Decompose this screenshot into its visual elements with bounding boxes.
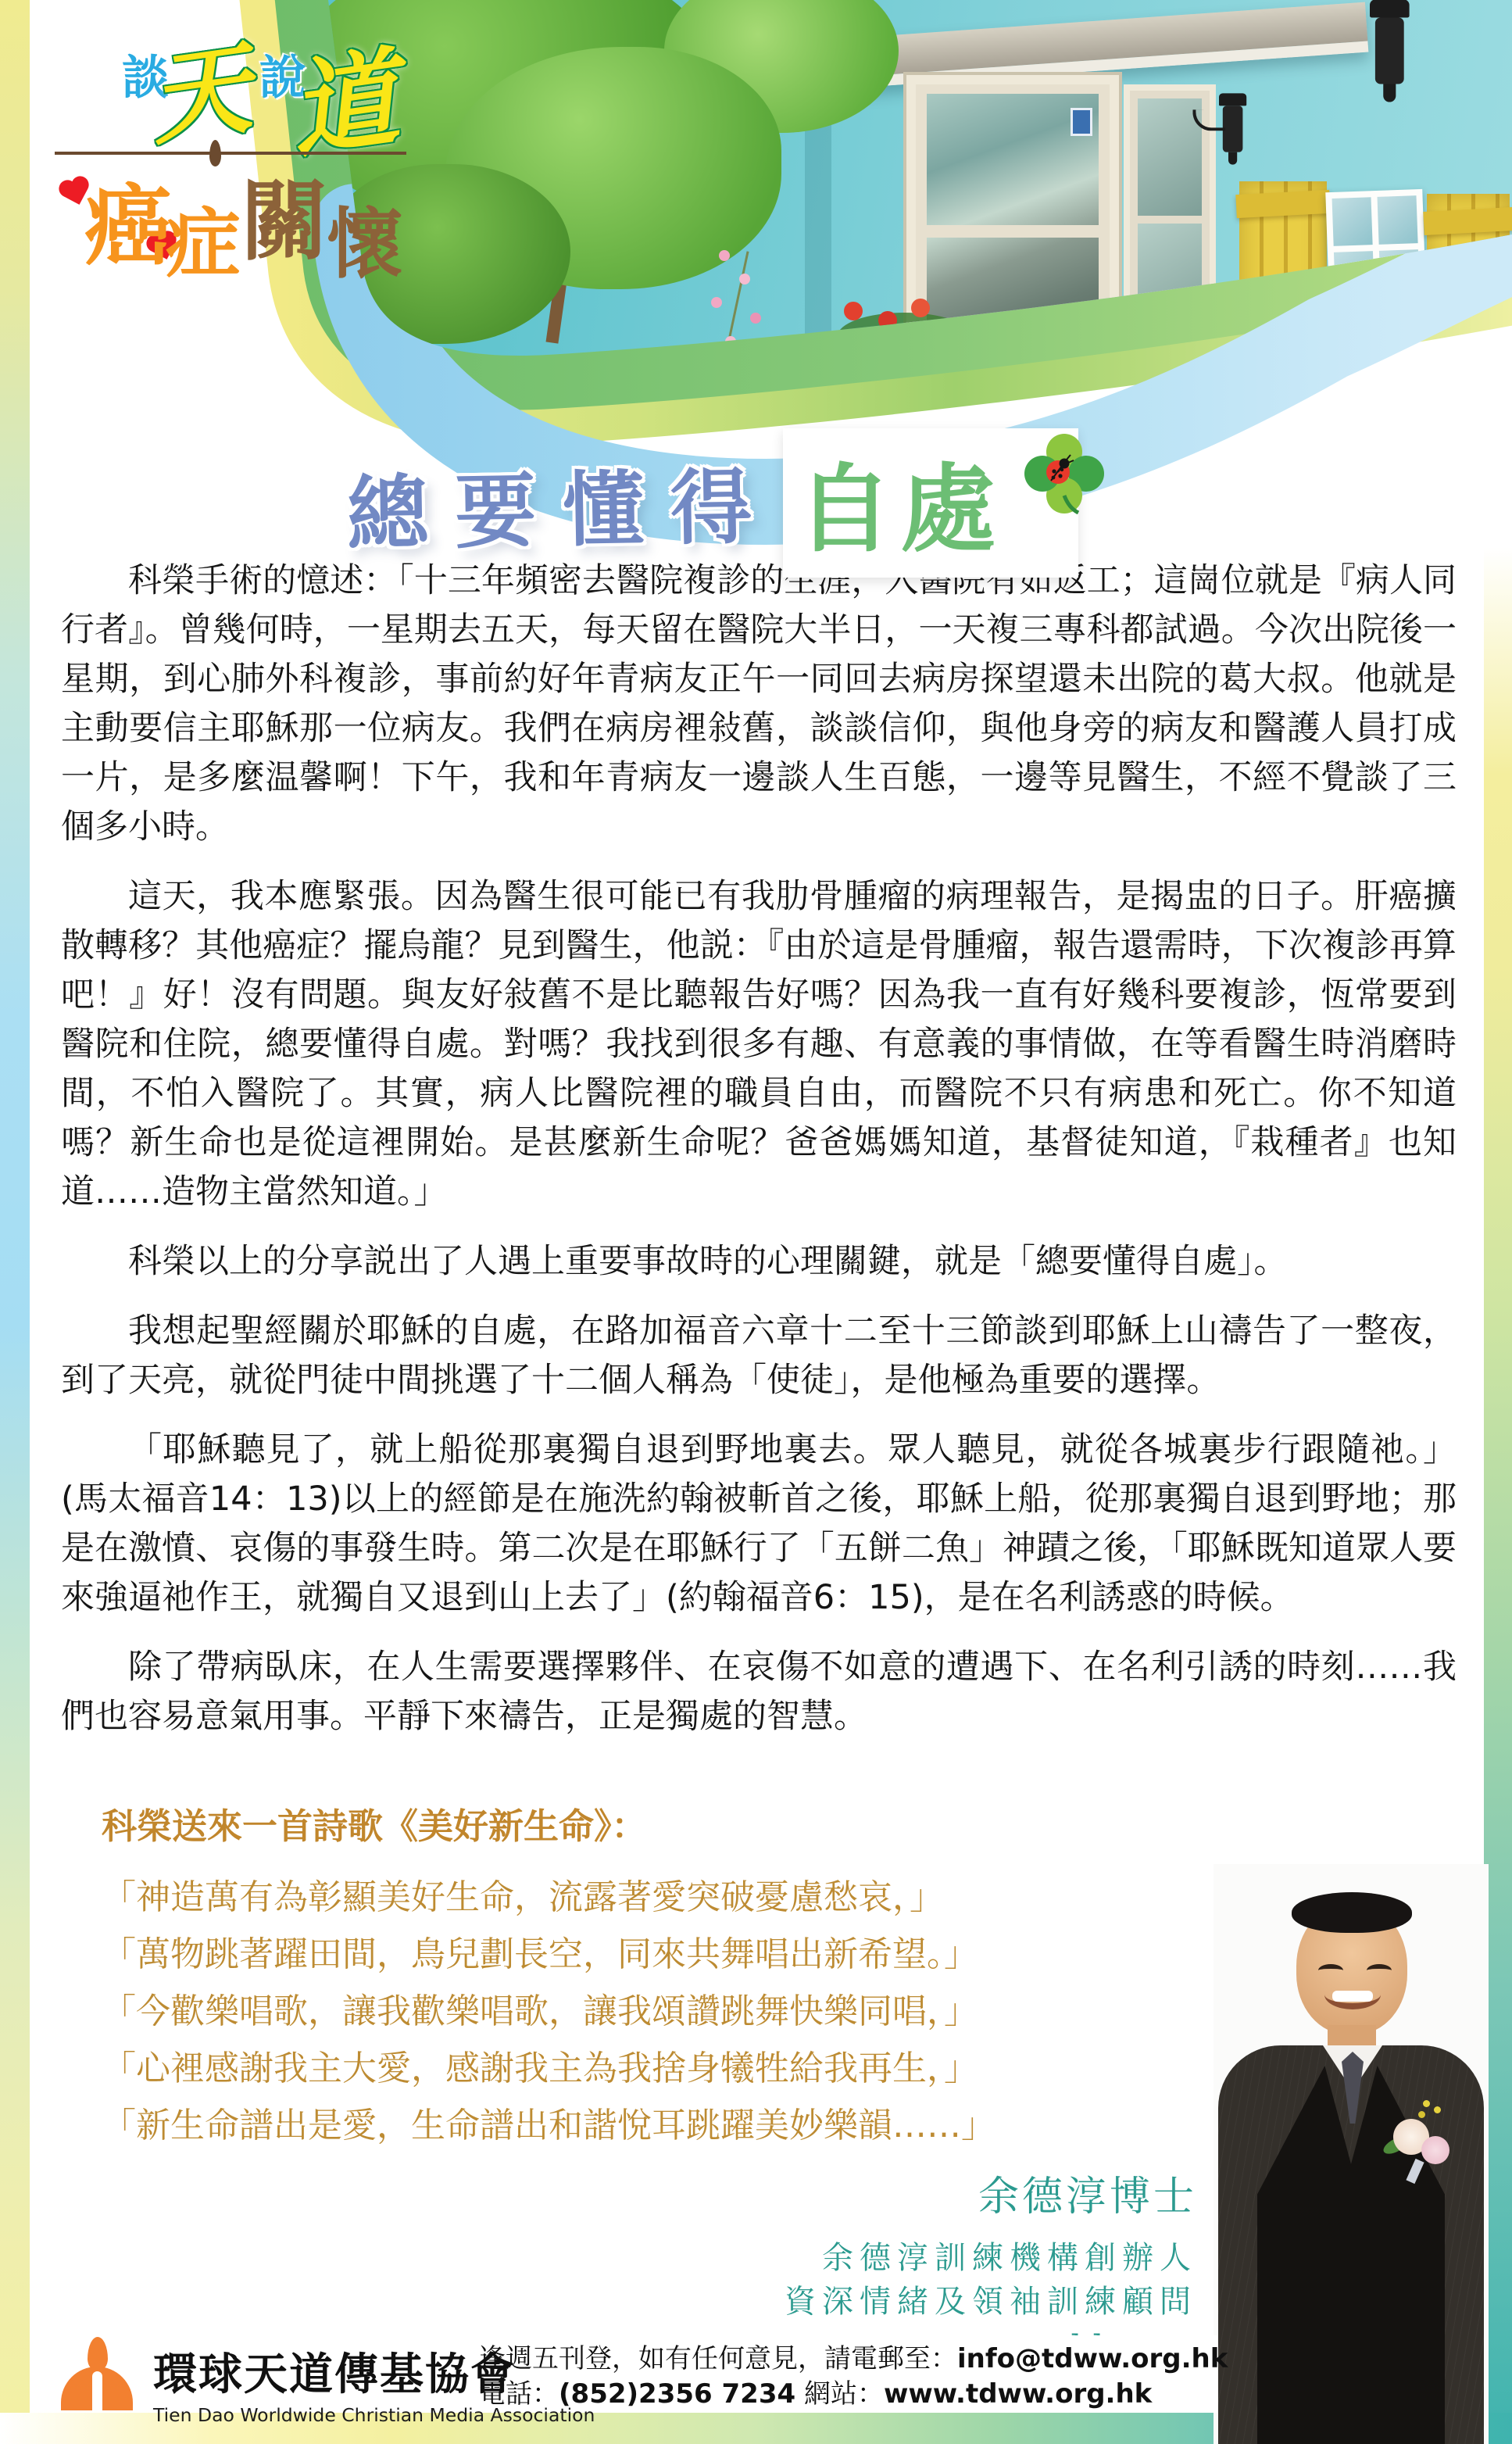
author-hair xyxy=(1292,1892,1412,1933)
section-title: 癌 症 關 懷 xyxy=(55,156,430,281)
author-smile xyxy=(1332,1991,1373,2002)
paragraph: 科榮以上的分享説出了人遇上重要事故時的心理關鍵，就是「總要懂得自處」。 xyxy=(61,1237,1457,1286)
paragraph: 科榮手術的憶述：「十三年頻密去醫院複診的生涯，入醫院有如返工；這崗位就是『病人同… xyxy=(61,556,1457,852)
lantern-icon xyxy=(1217,93,1246,164)
author-role: 余德淳訓練機構創辦人 xyxy=(469,2236,1197,2280)
poem-line: 「今歡樂唱歌，讓我歡樂唱歌，讓我頌讚跳舞快樂同唱，」 xyxy=(102,1983,1196,2040)
section-char: 懷 xyxy=(327,183,403,293)
poem-line: 「萬物跳著躍田間，鳥兒劃長空，同來共舞唱出新希望。」 xyxy=(102,1926,1196,1983)
poem-line: 「新生命譜出是愛，生命譜出和諧悅耳跳躍美妙樂韻……」 xyxy=(102,2097,1196,2154)
scripture-commentary: (約翰福音6：15)，是在名利誘惑的時候。 xyxy=(666,1578,1294,1617)
poem-section: 科榮送來一首詩歌《美好新生命》： 「神造萬有為彰顯美好生命，流露著愛突破憂慮愁哀… xyxy=(102,1798,1196,2154)
article-body: 科榮手術的憶述：「十三年頻密去醫院複診的生涯，入醫院有如返工；這崗位就是『病人同… xyxy=(61,556,1457,1762)
poem-heading: 科榮送來一首詩歌《美好新生命》： xyxy=(102,1798,1196,1848)
series-char: 天 xyxy=(139,8,258,164)
poem-line: 「心裡感謝我主大愛，感謝我主為我捨身犧牲給我再生，」 xyxy=(102,2040,1196,2097)
article-title-card: 自處 xyxy=(783,428,1078,578)
article-title: 總要懂得 自處 xyxy=(347,428,1078,578)
contact-tel: (852)2356 7234 xyxy=(559,2378,795,2410)
footer: 環球天道傳基協會 Tien Dao Worldwide Christian Me… xyxy=(30,2335,1217,2413)
shutter-plank xyxy=(1235,190,1330,218)
page: 談 天 說 道 癌 症 關 懷 總要懂得 自處 xyxy=(0,0,1512,2444)
scripture-paragraph: 「耶穌聽見了，就上船從那裏獨自退到野地裏去。眾人聽見，就從各城裏步行跟隨祂。」(… xyxy=(61,1426,1457,1623)
section-char: 癌 xyxy=(84,156,172,282)
door-sticker xyxy=(1071,108,1092,136)
article-title-blue: 總要懂得 xyxy=(346,441,780,566)
door-mullion xyxy=(922,225,1103,238)
sidelight-pane xyxy=(1138,98,1202,216)
paragraph: 我想起聖經關於耶穌的自處，在路加福音六章十二至十三節談到耶穌上山禱告了一整夜，到… xyxy=(61,1307,1457,1405)
flame-candle-logo xyxy=(61,2337,136,2410)
footer-contact-line2: 電話：(852)2356 7234 網站：www.tdww.org.hk xyxy=(479,2377,1228,2412)
footer-contact: 逢週五刊登，如有任何意見，請電郵至：info@tdww.org.hk 電話：(8… xyxy=(479,2342,1228,2412)
shutter-plank xyxy=(1423,207,1512,235)
author-eye xyxy=(1318,1964,1343,1977)
author-photo xyxy=(1214,1864,1489,2444)
footer-contact-line1: 逢週五刊登，如有任何意見，請電郵至：info@tdww.org.hk xyxy=(479,2342,1228,2377)
lantern-icon xyxy=(1366,0,1409,102)
contact-email-link[interactable]: info@tdww.org.hk xyxy=(957,2343,1228,2374)
contact-email-label: 逢週五刊登，如有任何意見，請電郵至： xyxy=(479,2343,957,2374)
series-title: 談 天 說 道 xyxy=(55,8,430,141)
poem-line: 「神造萬有為彰顯美好生命，流露著愛突破憂慮愁哀，」 xyxy=(102,1869,1196,1926)
section-char: 症 xyxy=(166,184,241,292)
contact-website-link[interactable]: www.tdww.org.hk xyxy=(884,2378,1152,2410)
masthead-logo: 談 天 說 道 癌 症 關 懷 xyxy=(55,8,430,274)
author-role: 資深情緒及領袖訓練顧問 xyxy=(469,2280,1197,2324)
scripture-quote: 「耶穌聽見了，就上船從那裏獨自退到野地裏去。眾人聽見，就從各城裏步行跟隨祂。」 xyxy=(128,1430,1457,1469)
paragraph: 除了帶病臥床，在人生需要選擇夥伴、在哀傷不如意的遭遇下、在名利引誘的時刻……我們… xyxy=(61,1643,1457,1741)
four-leaf-clover-icon xyxy=(1024,433,1105,514)
contact-web-label: 網站： xyxy=(795,2378,884,2410)
article-title-green: 自處 xyxy=(797,454,1003,565)
corsage xyxy=(1387,2099,1457,2185)
paragraph: 這天，我本應緊張。因為醫生很可能已有我肋骨腫瘤的病理報告，是揭盅的日子。肝癌擴散… xyxy=(61,872,1457,1217)
contact-tel-label: 電話： xyxy=(479,2378,559,2410)
author-name: 余德淳博士 xyxy=(469,2163,1197,2222)
author-eye xyxy=(1367,1964,1392,1977)
left-gradient-stripe xyxy=(0,0,30,2413)
section-char: 關 xyxy=(241,152,328,277)
masthead-divider xyxy=(55,152,406,155)
